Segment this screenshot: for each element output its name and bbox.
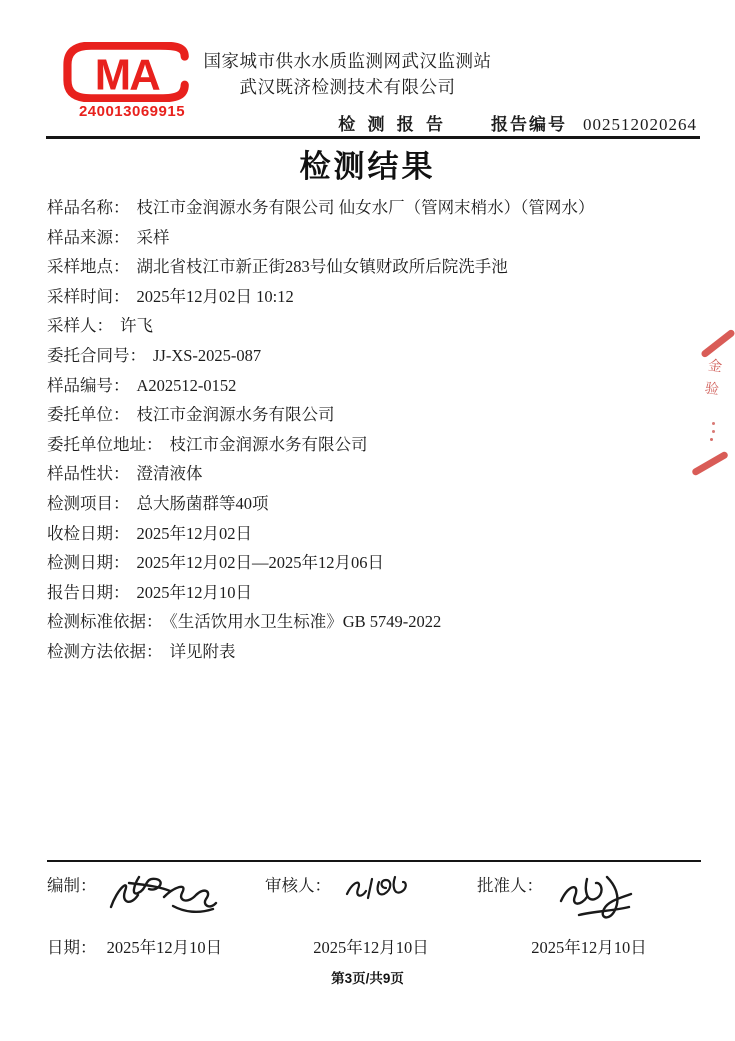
field-value: 2025年12月02日	[137, 524, 253, 543]
reviewed-by-signature	[337, 869, 419, 912]
field-row-contract-no: 委托合同号：JJ-XS-2025-087	[47, 341, 687, 371]
field-label: 采样地点：	[47, 257, 130, 276]
approved-date: 2025年12月10日	[531, 938, 647, 957]
date-label: 日期：	[47, 938, 97, 957]
field-label: 样品名称：	[47, 198, 130, 217]
approved-by-signature	[549, 869, 643, 930]
field-row-standard-basis: 检测标准依据：《生活饮用水卫生标准》GB 5749-2022	[47, 607, 687, 637]
page-title: 检测结果	[0, 141, 735, 186]
field-label: 委托单位地址：	[47, 435, 163, 454]
page-number: 第3页/共9页	[0, 967, 735, 987]
signoff-divider	[47, 860, 701, 862]
prepared-date-block: 日期： 2025年12月10日	[47, 934, 265, 958]
field-row-test-date: 检测日期：2025年12月02日—2025年12月06日	[47, 548, 687, 578]
org-line1: 国家城市供水水质监测网武汉监测站	[175, 48, 520, 74]
field-row-client: 委托单位：枝江市金润源水务有限公司	[47, 400, 687, 430]
approved-by-block: 批准人：	[477, 871, 701, 930]
field-value: 《生活饮用水卫生标准》GB 5749-2022	[170, 612, 442, 631]
reviewed-by-block: 审核人：	[265, 871, 477, 912]
prepared-by-signature	[103, 869, 225, 926]
field-label: 检测方法依据：	[47, 642, 163, 661]
report-type-label: 检 测 报 告	[338, 110, 447, 135]
field-value: 采样	[137, 228, 170, 247]
report-page: MA 240013069915 国家城市供水水质监测网武汉监测站 武汉既济检测技…	[0, 0, 735, 1041]
field-label: 检测标准依据：	[47, 612, 163, 631]
field-label: 委托合同号：	[47, 346, 146, 365]
signature-row: 编制： 审核人：	[47, 871, 701, 930]
report-number-value: 002512020264	[583, 115, 697, 135]
field-row-sample-appearance: 样品性状：澄清液体	[47, 459, 687, 489]
field-value: 枝江市金润源水务有限公司	[170, 435, 368, 454]
prepared-date: 2025年12月10日	[107, 938, 223, 957]
field-value: A202512-0152	[137, 376, 237, 395]
field-row-client-address: 委托单位地址：枝江市金润源水务有限公司	[47, 430, 687, 460]
sample-info-section: 样品名称：枝江市金润源水务有限公司 仙女水厂（管网末梢水）（管网水） 样品来源：…	[47, 193, 687, 667]
field-value: 许飞	[120, 316, 153, 335]
field-value: 详见附表	[170, 642, 236, 661]
field-row-sampling-location: 采样地点：湖北省枝江市新正街283号仙女镇财政所后院洗手池	[47, 252, 687, 282]
field-label: 报告日期：	[47, 583, 130, 602]
report-number-label: 报告编号	[491, 110, 567, 135]
field-row-method-basis: 检测方法依据：详见附表	[47, 637, 687, 667]
reviewed-by-label: 审核人：	[265, 871, 331, 901]
field-label: 检测日期：	[47, 553, 130, 572]
partial-red-seal: 金验	[688, 326, 735, 482]
reviewed-date: 2025年12月10日	[313, 938, 429, 957]
approved-date-block: 2025年12月10日	[477, 934, 701, 958]
field-row-sampler: 采样人：许飞	[47, 311, 687, 341]
seal-fragment-text: 金验	[700, 357, 726, 405]
header-divider	[46, 136, 700, 139]
field-row-sample-name: 样品名称：枝江市金润源水务有限公司 仙女水厂（管网末梢水）（管网水）	[47, 193, 687, 223]
field-label: 样品来源：	[47, 228, 130, 247]
seal-arc-top	[700, 328, 735, 358]
seal-arc-bottom	[691, 450, 729, 476]
field-label: 收检日期：	[47, 524, 130, 543]
field-label: 委托单位：	[47, 405, 130, 424]
reviewed-date-block: 2025年12月10日	[265, 934, 477, 958]
svg-text:MA: MA	[95, 51, 161, 99]
field-row-receive-date: 收检日期：2025年12月02日	[47, 519, 687, 549]
approved-by-label: 批准人：	[477, 871, 543, 901]
field-row-report-date: 报告日期：2025年12月10日	[47, 578, 687, 608]
field-label: 样品编号：	[47, 376, 130, 395]
signoff-section: 编制： 审核人：	[47, 860, 701, 958]
field-value: 总大肠菌群等40项	[137, 494, 269, 513]
field-row-sample-source: 样品来源：采样	[47, 223, 687, 253]
header-organisation: 国家城市供水水质监测网武汉监测站 武汉既济检测技术有限公司	[175, 48, 520, 100]
field-row-sampling-time: 采样时间：2025年12月02日 10:12	[47, 282, 687, 312]
field-row-sample-no: 样品编号：A202512-0152	[47, 371, 687, 401]
field-value: 2025年12月10日	[137, 583, 253, 602]
prepared-by-block: 编制：	[47, 871, 265, 926]
field-value: 2025年12月02日—2025年12月06日	[137, 553, 385, 572]
field-value: JJ-XS-2025-087	[153, 346, 261, 365]
field-value: 湖北省枝江市新正街283号仙女镇财政所后院洗手池	[137, 257, 508, 276]
field-value: 2025年12月02日 10:12	[137, 287, 294, 306]
field-label: 样品性状：	[47, 464, 130, 483]
field-value: 枝江市金润源水务有限公司 仙女水厂（管网末梢水）（管网水）	[137, 198, 595, 217]
field-value: 枝江市金润源水务有限公司	[137, 405, 335, 424]
field-label: 采样人：	[47, 316, 113, 335]
report-number-row: 检 测 报 告 报告编号 002512020264	[47, 110, 697, 135]
org-line2: 武汉既济检测技术有限公司	[175, 74, 520, 100]
field-label: 检测项目：	[47, 494, 130, 513]
seal-fragment-marks	[712, 422, 715, 425]
date-row: 日期： 2025年12月10日 2025年12月10日 2025年12月10日	[47, 934, 701, 958]
prepared-by-label: 编制：	[47, 871, 97, 901]
field-value: 澄清液体	[137, 464, 203, 483]
field-label: 采样时间：	[47, 287, 130, 306]
field-row-test-items: 检测项目：总大肠菌群等40项	[47, 489, 687, 519]
